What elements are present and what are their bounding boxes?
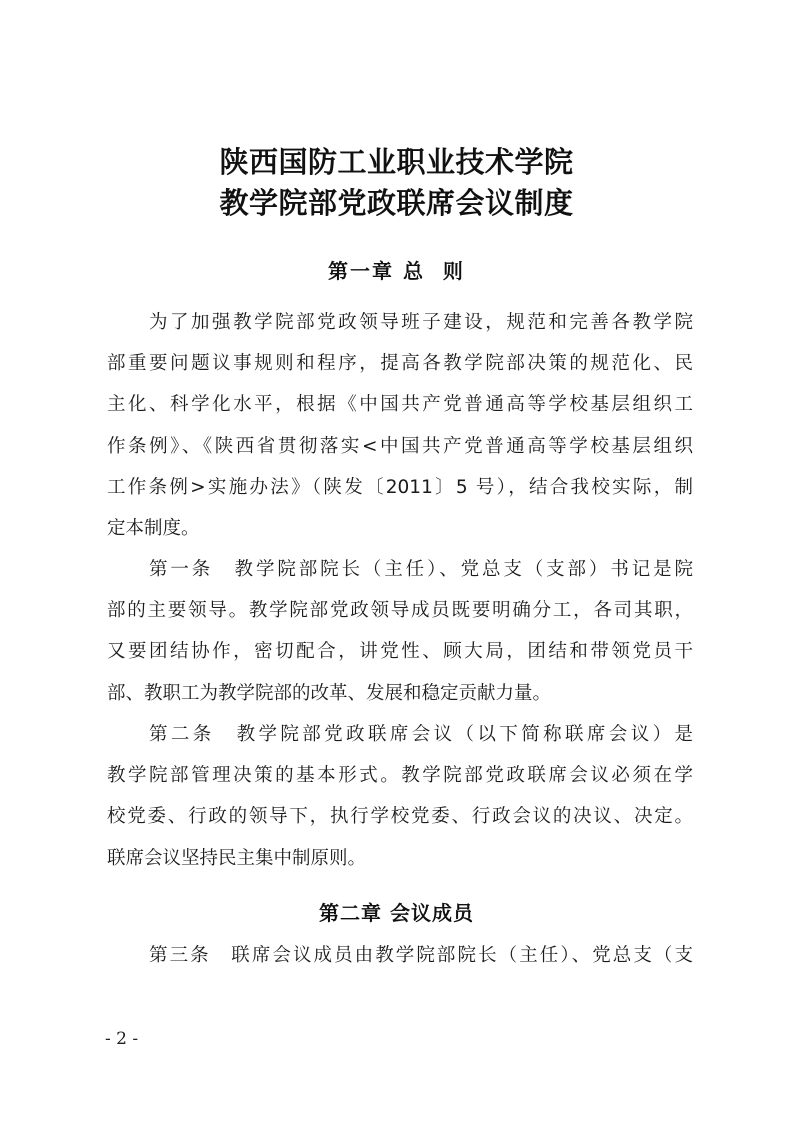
- text-line: 又要团结协作，密切配合，讲党性、顾大局，团结和带领党员干: [107, 631, 693, 672]
- text-line: 联席会议坚持民主集中制原则。: [107, 838, 693, 879]
- text-line: 部的主要领导。教学院部党政领导成员既要明确分工，各司其职，: [107, 590, 693, 631]
- document-title-line-2: 教学院部党政联席会议制度: [0, 183, 793, 224]
- text-line: 第二条 教学院部党政联席会议（以下简称联席会议）是: [107, 714, 693, 755]
- text-line: 部、教职工为教学院部的改革、发展和稳定贡献力量。: [107, 673, 693, 714]
- text-line: 第一条 教学院部院长（主任）、党总支（支部）书记是院: [107, 549, 693, 590]
- text-line: 校党委、行政的领导下，执行学校党委、行政会议的决议、决定。: [107, 796, 693, 837]
- text-line: 教学院部管理决策的基本形式。教学院部党政联席会议必须在学: [107, 755, 693, 796]
- text-line: 部重要问题议事规则和程序，提高各教学院部决策的规范化、民: [107, 343, 693, 384]
- preamble-paragraph: 为了加强教学院部党政领导班子建设，规范和完善各教学院 部重要问题议事规则和程序，…: [107, 302, 693, 549]
- text-line: 定本制度。: [107, 508, 693, 549]
- text-line: 作条例》、《陕西省贯彻落实<中国共产党普通高等学校基层组织: [107, 426, 693, 467]
- article-2-paragraph: 第二条 教学院部党政联席会议（以下简称联席会议）是 教学院部管理决策的基本形式。…: [107, 714, 693, 879]
- page-number: - 2 -: [105, 1028, 138, 1050]
- text-line: 工作条例>实施办法》（陕发〔2011〕5 号），结合我校实际，制: [107, 467, 693, 508]
- text-line: 第三条 联席会议成员由教学院部院长（主任）、党总支（支: [107, 935, 693, 976]
- document-page: 陕西国防工业职业技术学院 教学院部党政联席会议制度 第一章 总 则 为了加强教学…: [0, 0, 793, 1122]
- document-title-line-1: 陕西国防工业职业技术学院: [0, 142, 793, 183]
- text-line: 为了加强教学院部党政领导班子建设，规范和完善各教学院: [107, 302, 693, 343]
- article-3-paragraph: 第三条 联席会议成员由教学院部院长（主任）、党总支（支: [107, 935, 693, 976]
- chapter-2-heading: 第二章 会议成员: [0, 893, 793, 934]
- chapter-1-heading: 第一章 总 则: [0, 251, 793, 292]
- text-line: 主化、科学化水平，根据《中国共产党普通高等学校基层组织工: [107, 384, 693, 425]
- article-1-paragraph: 第一条 教学院部院长（主任）、党总支（支部）书记是院 部的主要领导。教学院部党政…: [107, 549, 693, 714]
